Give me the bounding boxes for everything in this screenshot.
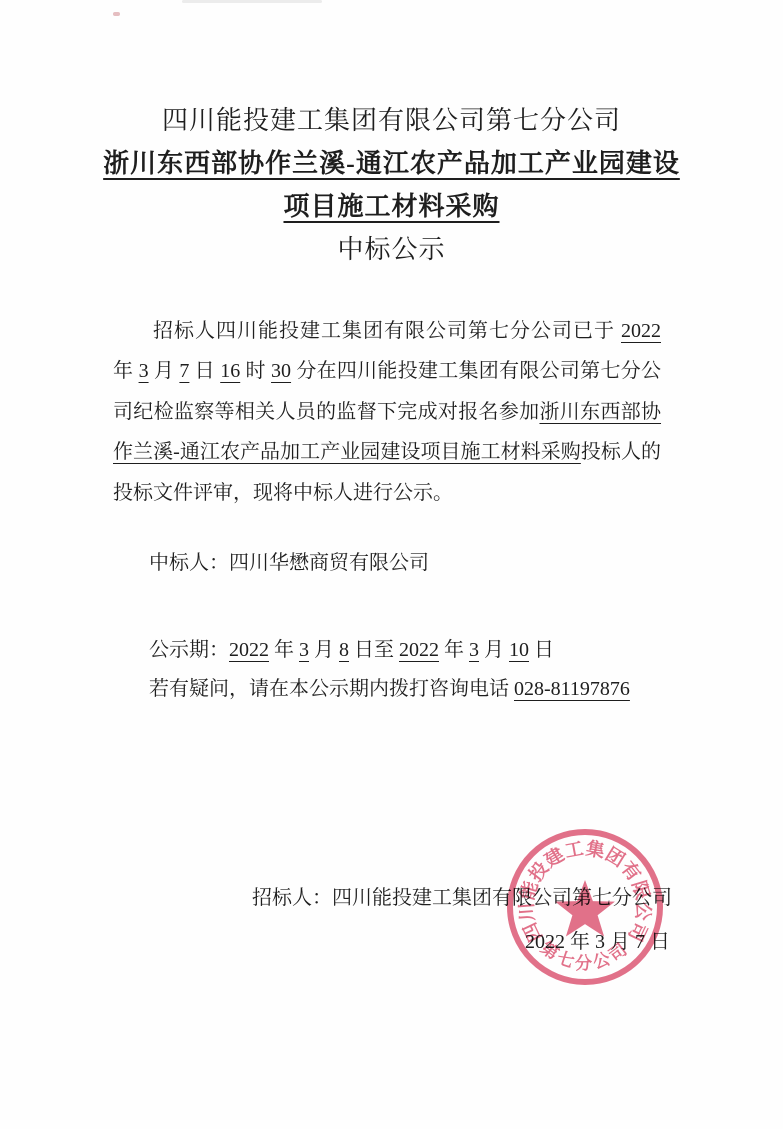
- announcement-paragraph: 招标人四川能投建工集团有限公司第七分公司已于 2022 年 3 月 7 日 16…: [113, 311, 661, 513]
- inquiry-phone-line: 若有疑问，请在本公示期内拨打咨询电话 028-81197876: [149, 676, 630, 702]
- company-title: 四川能投建工集团有限公司第七分公司: [0, 99, 783, 142]
- notice-title: 中标公示: [0, 228, 783, 271]
- document-page: 四川能投建工集团有限公司第七分公司 浙川东西部协作兰溪-通江农产品加工产业园建设…: [0, 0, 783, 1129]
- winner-name: 四川华懋商贸有限公司: [229, 552, 429, 574]
- winner-line: 中标人：四川华懋商贸有限公司: [149, 550, 429, 576]
- tenderer-line: 招标人：四川能投建工集团有限公司第七分公司: [252, 881, 672, 910]
- publicity-period-line: 公示期：2022 年 3 月 8 日至 2022 年 3 月 10 日: [149, 637, 554, 663]
- date-line: 2022 年 3 月 7 日: [525, 925, 670, 954]
- document-title-block: 四川能投建工集团有限公司第七分公司 浙川东西部协作兰溪-通江农产品加工产业园建设…: [0, 99, 783, 271]
- project-title-line1: 浙川东西部协作兰溪-通江农产品加工产业园建设: [0, 142, 783, 185]
- scan-smudge: [182, 0, 322, 3]
- tenderer-label: 招标人：: [252, 887, 332, 909]
- project-title-line2: 项目施工材料采购: [0, 185, 783, 228]
- tenderer-name: 四川能投建工集团有限公司第七分公司: [332, 887, 672, 909]
- scan-speck: [113, 12, 120, 16]
- winner-label: 中标人：: [149, 552, 229, 574]
